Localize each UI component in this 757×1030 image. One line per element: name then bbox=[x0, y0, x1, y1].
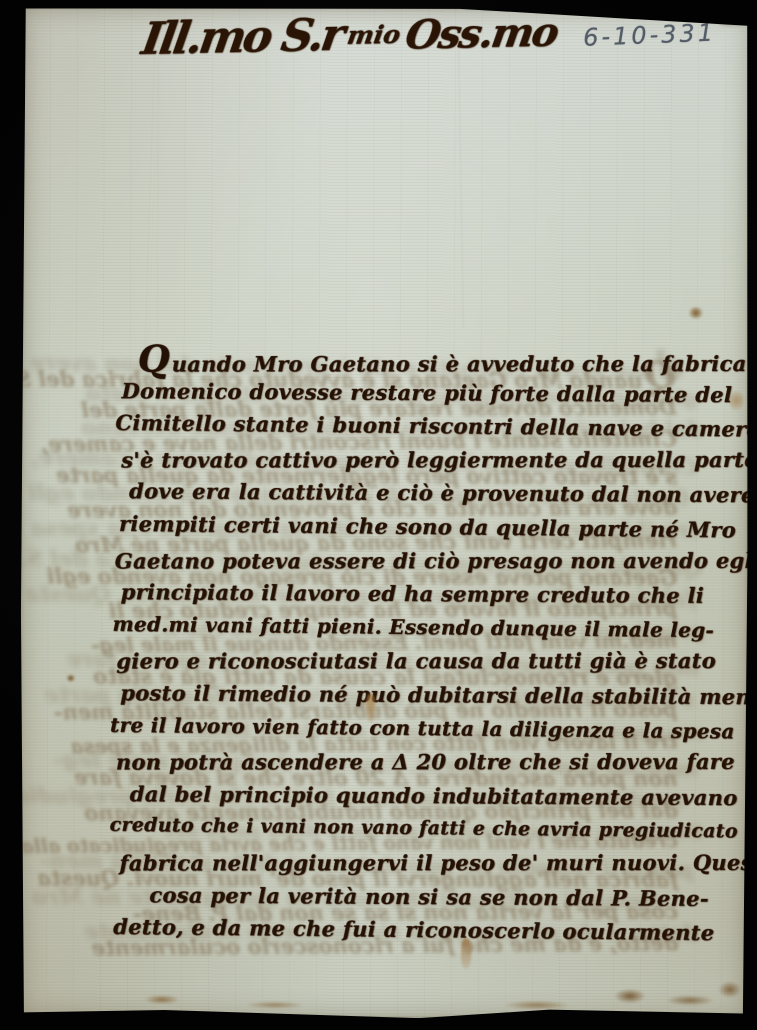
handwritten-line: dal bel principio quando indubitatamente… bbox=[130, 777, 747, 815]
manuscript-page: Quando Mro Gaetano si è avveduto che la … bbox=[19, 6, 750, 1019]
stain bbox=[711, 11, 751, 27]
handwritten-line: non potrà ascendere a Δ 20 oltre che si … bbox=[116, 745, 747, 779]
handwritten-line: creduto che i vani non vano fatti e che … bbox=[109, 809, 746, 849]
handwritten-line: principiato il lavoro ed ha sempre credu… bbox=[121, 575, 748, 613]
salutation-ossmo: Oss.mo bbox=[402, 9, 560, 59]
salutation-line: Ill.mo S.rmioOss.mo bbox=[136, 6, 561, 81]
handwritten-line: med.mi vani fatti pieni. Essendo dunque … bbox=[112, 608, 747, 648]
handwritten-line: cosa per la verità non si sa se non dal … bbox=[149, 878, 746, 915]
handwritten-line: giero e riconosciutasi la causa da tutti… bbox=[116, 644, 747, 678]
letter-body: Quando Mro Gaetano si è avveduto che la … bbox=[19, 340, 749, 948]
handwritten-line: Quando Mro Gaetano si è avveduto che la … bbox=[138, 342, 749, 376]
stain bbox=[688, 307, 704, 318]
stain bbox=[615, 989, 645, 1003]
stain bbox=[719, 981, 741, 997]
handwritten-line: riempiti certi vani che sono da quella p… bbox=[119, 507, 748, 547]
salutation-mio: mio bbox=[345, 20, 402, 50]
stain bbox=[505, 1001, 569, 1010]
salutation-abbreviation: Ill.mo S.r bbox=[138, 10, 345, 65]
archival-number: 6-10-331 bbox=[583, 19, 717, 52]
handwritten-line: s'è trovato cattivo però leggiermente da… bbox=[121, 443, 748, 477]
handwritten-line: Gaetano poteva essere di ciò presago non… bbox=[115, 543, 748, 577]
stain bbox=[667, 995, 713, 1005]
handwritten-line: posto il rimedio né può dubitarsi della … bbox=[120, 676, 747, 714]
stain bbox=[247, 1001, 303, 1008]
handwritten-line: dove era la cattività e ciò è provenuto … bbox=[129, 475, 748, 513]
handwritten-line: detto, e da me che fui a riconoscerlo oc… bbox=[113, 910, 746, 950]
handwritten-line: fabrica nell'aggiungervi il peso de' mur… bbox=[119, 846, 746, 880]
handwritten-line: tre il lavoro vien fatto con tutta la di… bbox=[110, 708, 747, 748]
stain bbox=[145, 995, 179, 1004]
handwritten-line: Domenico dovesse restare più forte dalla… bbox=[121, 374, 748, 412]
handwritten-line: Cimitello stante i buoni riscontri della… bbox=[115, 406, 748, 446]
